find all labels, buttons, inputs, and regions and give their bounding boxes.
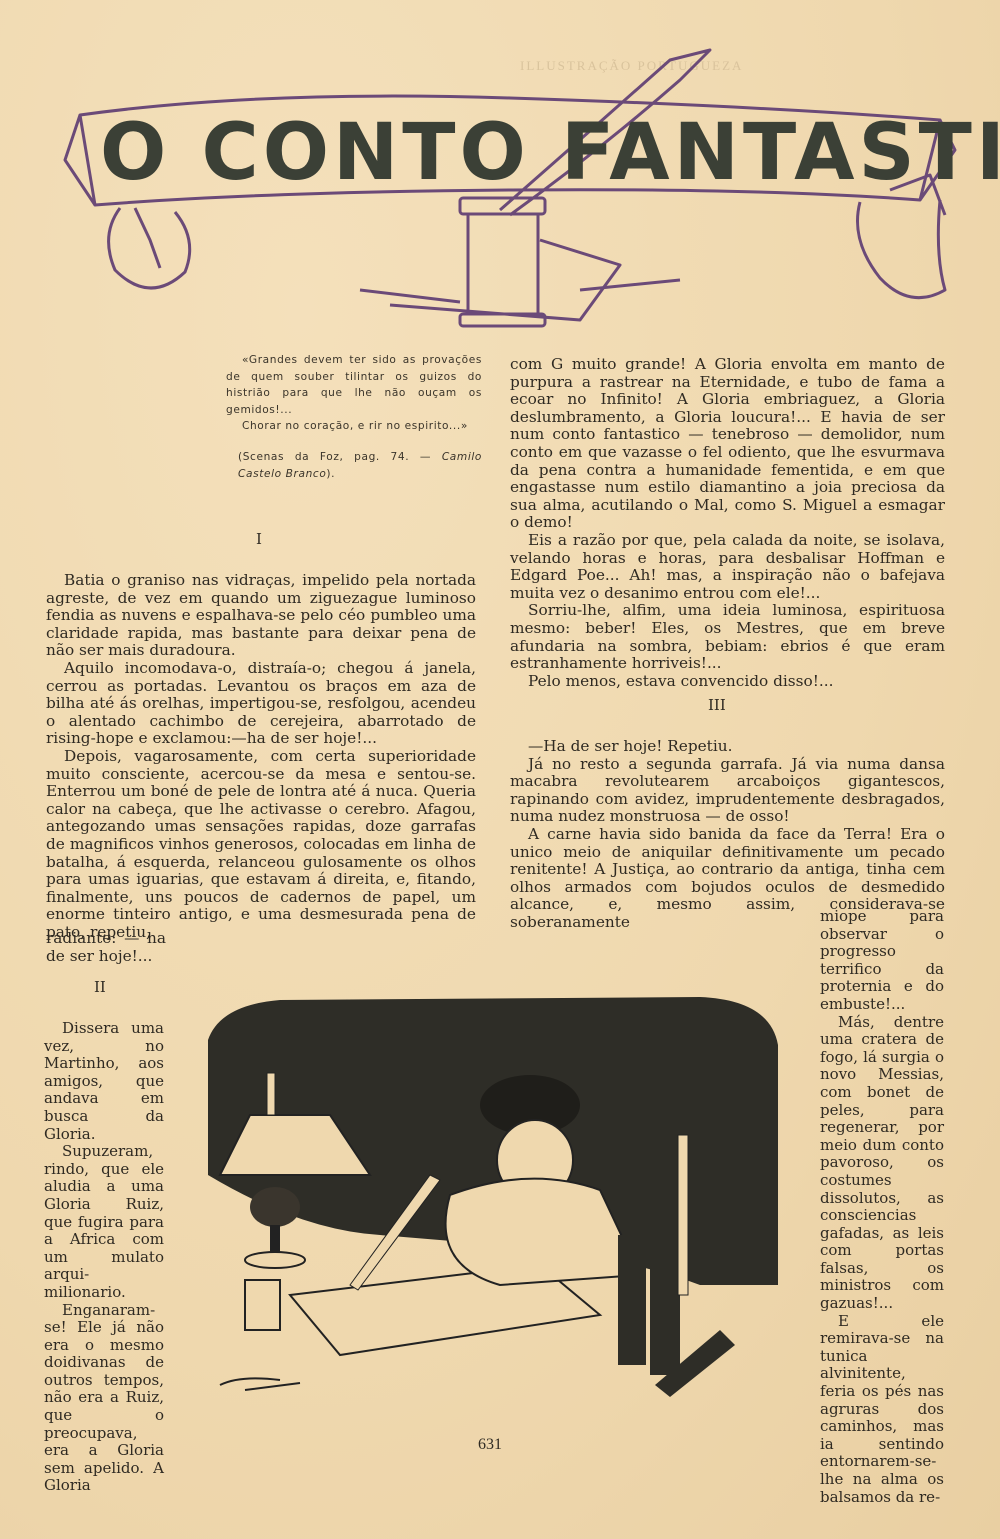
paragraph: —Ha de ser hoje! Repetiu. [510, 738, 945, 756]
section-1-tail: radiante: — ha de ser hoje!... [46, 930, 166, 965]
epigraph-line: Chorar no coração, e rir no espirito...» [226, 418, 482, 435]
paragraph: com G muito grande! A Gloria envolta em … [510, 356, 945, 532]
page-number: 631 [478, 1436, 502, 1454]
epigraph-line: «Grandes devem ter sido as provações de … [226, 352, 482, 418]
paragraph: Dissera uma vez, no Martinho, aos amigos… [44, 1020, 164, 1143]
section-heading-1: I [256, 530, 262, 548]
paragraph: Más, dentre uma cratera de fogo, lá surg… [820, 1014, 944, 1313]
section-3-narrow: miope para observar o progresso terrific… [820, 908, 944, 1506]
illustration-writer-at-desk [200, 985, 785, 1410]
right-column-text: com G muito grande! A Gloria envolta em … [510, 356, 945, 690]
epigraph-source: (Scenas da Foz, pag. 74. — Camilo Castel… [226, 449, 482, 482]
section-heading-3: III [708, 696, 726, 714]
epigraph: «Grandes devem ter sido as provações de … [226, 352, 482, 482]
section-3-text: —Ha de ser hoje! Repetiu. Já no resto a … [510, 738, 945, 932]
section-heading-2: II [94, 978, 106, 996]
paragraph: Eis a razão por que, pela calada da noit… [510, 532, 945, 602]
paragraph: Sorriu-lhe, alfim, uma ideia luminosa, e… [510, 602, 945, 672]
section-1-text: Batia o graniso nas vidraças, impelido p… [46, 572, 476, 941]
paragraph: radiante: — ha de ser hoje!... [46, 930, 166, 965]
paragraph: Supuzeram, rindo, que ele aludia a uma G… [44, 1143, 164, 1301]
paragraph: Depois, vagarosamente, com certa superio… [46, 748, 476, 942]
paragraph: E ele remirava-se na tunica alvinitente,… [820, 1313, 944, 1507]
paragraph: Batia o graniso nas vidraças, impelido p… [46, 572, 476, 660]
paragraph: Enganaram-se! Ele já não era o mesmo doi… [44, 1302, 164, 1496]
paragraph: Aquilo incomodava-o, distraía-o; chegou … [46, 660, 476, 748]
artist-signature-icon [220, 1378, 300, 1390]
paragraph: Pelo menos, estava convencido disso!... [510, 673, 945, 691]
paragraph: miope para observar o progresso terrific… [820, 908, 944, 1014]
page-title: O CONTO FANTASTICO [100, 108, 920, 198]
section-2-text: Dissera uma vez, no Martinho, aos amigos… [44, 1020, 164, 1495]
paragraph: Já no resto a segunda garrafa. Já via nu… [510, 756, 945, 826]
